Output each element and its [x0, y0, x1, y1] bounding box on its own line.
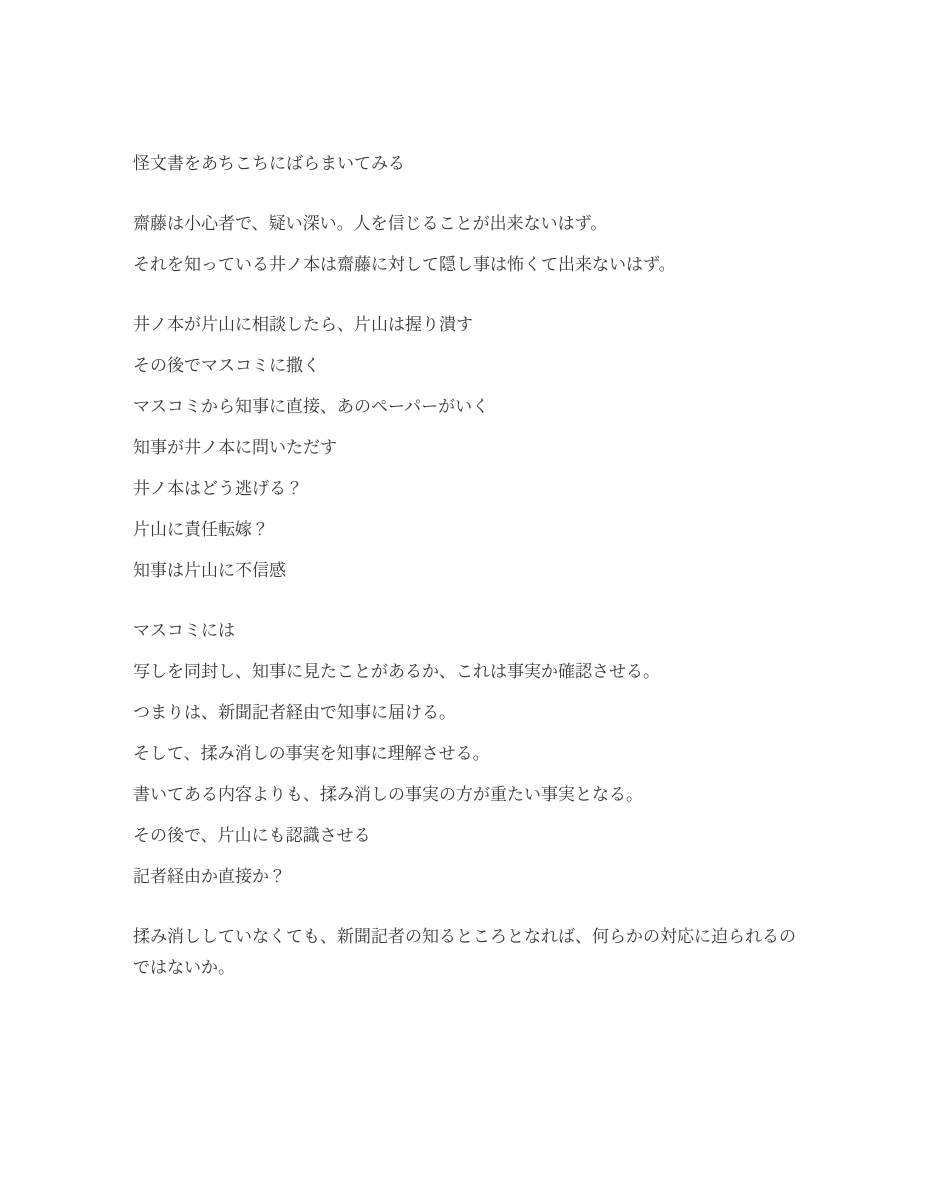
paragraph: 知事が井ノ本に問いただす [133, 433, 803, 464]
paragraph: 書いてある内容よりも、揉み消しの事実の方が重たい事実となる。 [133, 780, 803, 811]
paragraph: それを知っている井ノ本は齋藤に対して隠し事は怖くて出来ないはず。 [133, 250, 803, 281]
text-section-intro: 怪文書をあちこちにばらまいてみる [133, 149, 803, 180]
paragraph: 写しを同封し、知事に見たことがあるか、これは事実か確認させる。 [133, 657, 803, 688]
paragraph: 怪文書をあちこちにばらまいてみる [133, 149, 803, 180]
paragraph: 井ノ本はどう逃げる？ [133, 474, 803, 505]
paragraph: 井ノ本が片山に相談したら、片山は握り潰す [133, 310, 803, 341]
text-section-media-plan: マスコミには 写しを同封し、知事に見たことがあるか、これは事実か確認させる。 つ… [133, 616, 803, 893]
paragraph: つまりは、新聞記者経由で知事に届ける。 [133, 698, 803, 729]
text-section-conclusion: 揉み消ししていなくても、新聞記者の知るところとなれば、何らかの対応に迫られるので… [133, 922, 803, 984]
document-page: 怪文書をあちこちにばらまいてみる 齋藤は小心者で、疑い深い。人を信じることが出来… [0, 0, 927, 1200]
paragraph: 知事は片山に不信感 [133, 556, 803, 587]
text-section-premise: 齋藤は小心者で、疑い深い。人を信じることが出来ないはず。 それを知っている井ノ本… [133, 209, 803, 281]
paragraph: 齋藤は小心者で、疑い深い。人を信じることが出来ないはず。 [133, 209, 803, 240]
paragraph: そして、揉み消しの事実を知事に理解させる。 [133, 739, 803, 770]
paragraph: 揉み消ししていなくても、新聞記者の知るところとなれば、何らかの対応に迫られるので… [133, 922, 803, 984]
paragraph: マスコミから知事に直接、あのペーパーがいく [133, 392, 803, 423]
paragraph: マスコミには [133, 616, 803, 647]
paragraph: 記者経由か直接か？ [133, 862, 803, 893]
text-section-scenario: 井ノ本が片山に相談したら、片山は握り潰す その後でマスコミに撒く マスコミから知… [133, 310, 803, 587]
paragraph: 片山に責任転嫁？ [133, 515, 803, 546]
paragraph: その後でマスコミに撒く [133, 351, 803, 382]
paragraph: その後で、片山にも認識させる [133, 821, 803, 852]
